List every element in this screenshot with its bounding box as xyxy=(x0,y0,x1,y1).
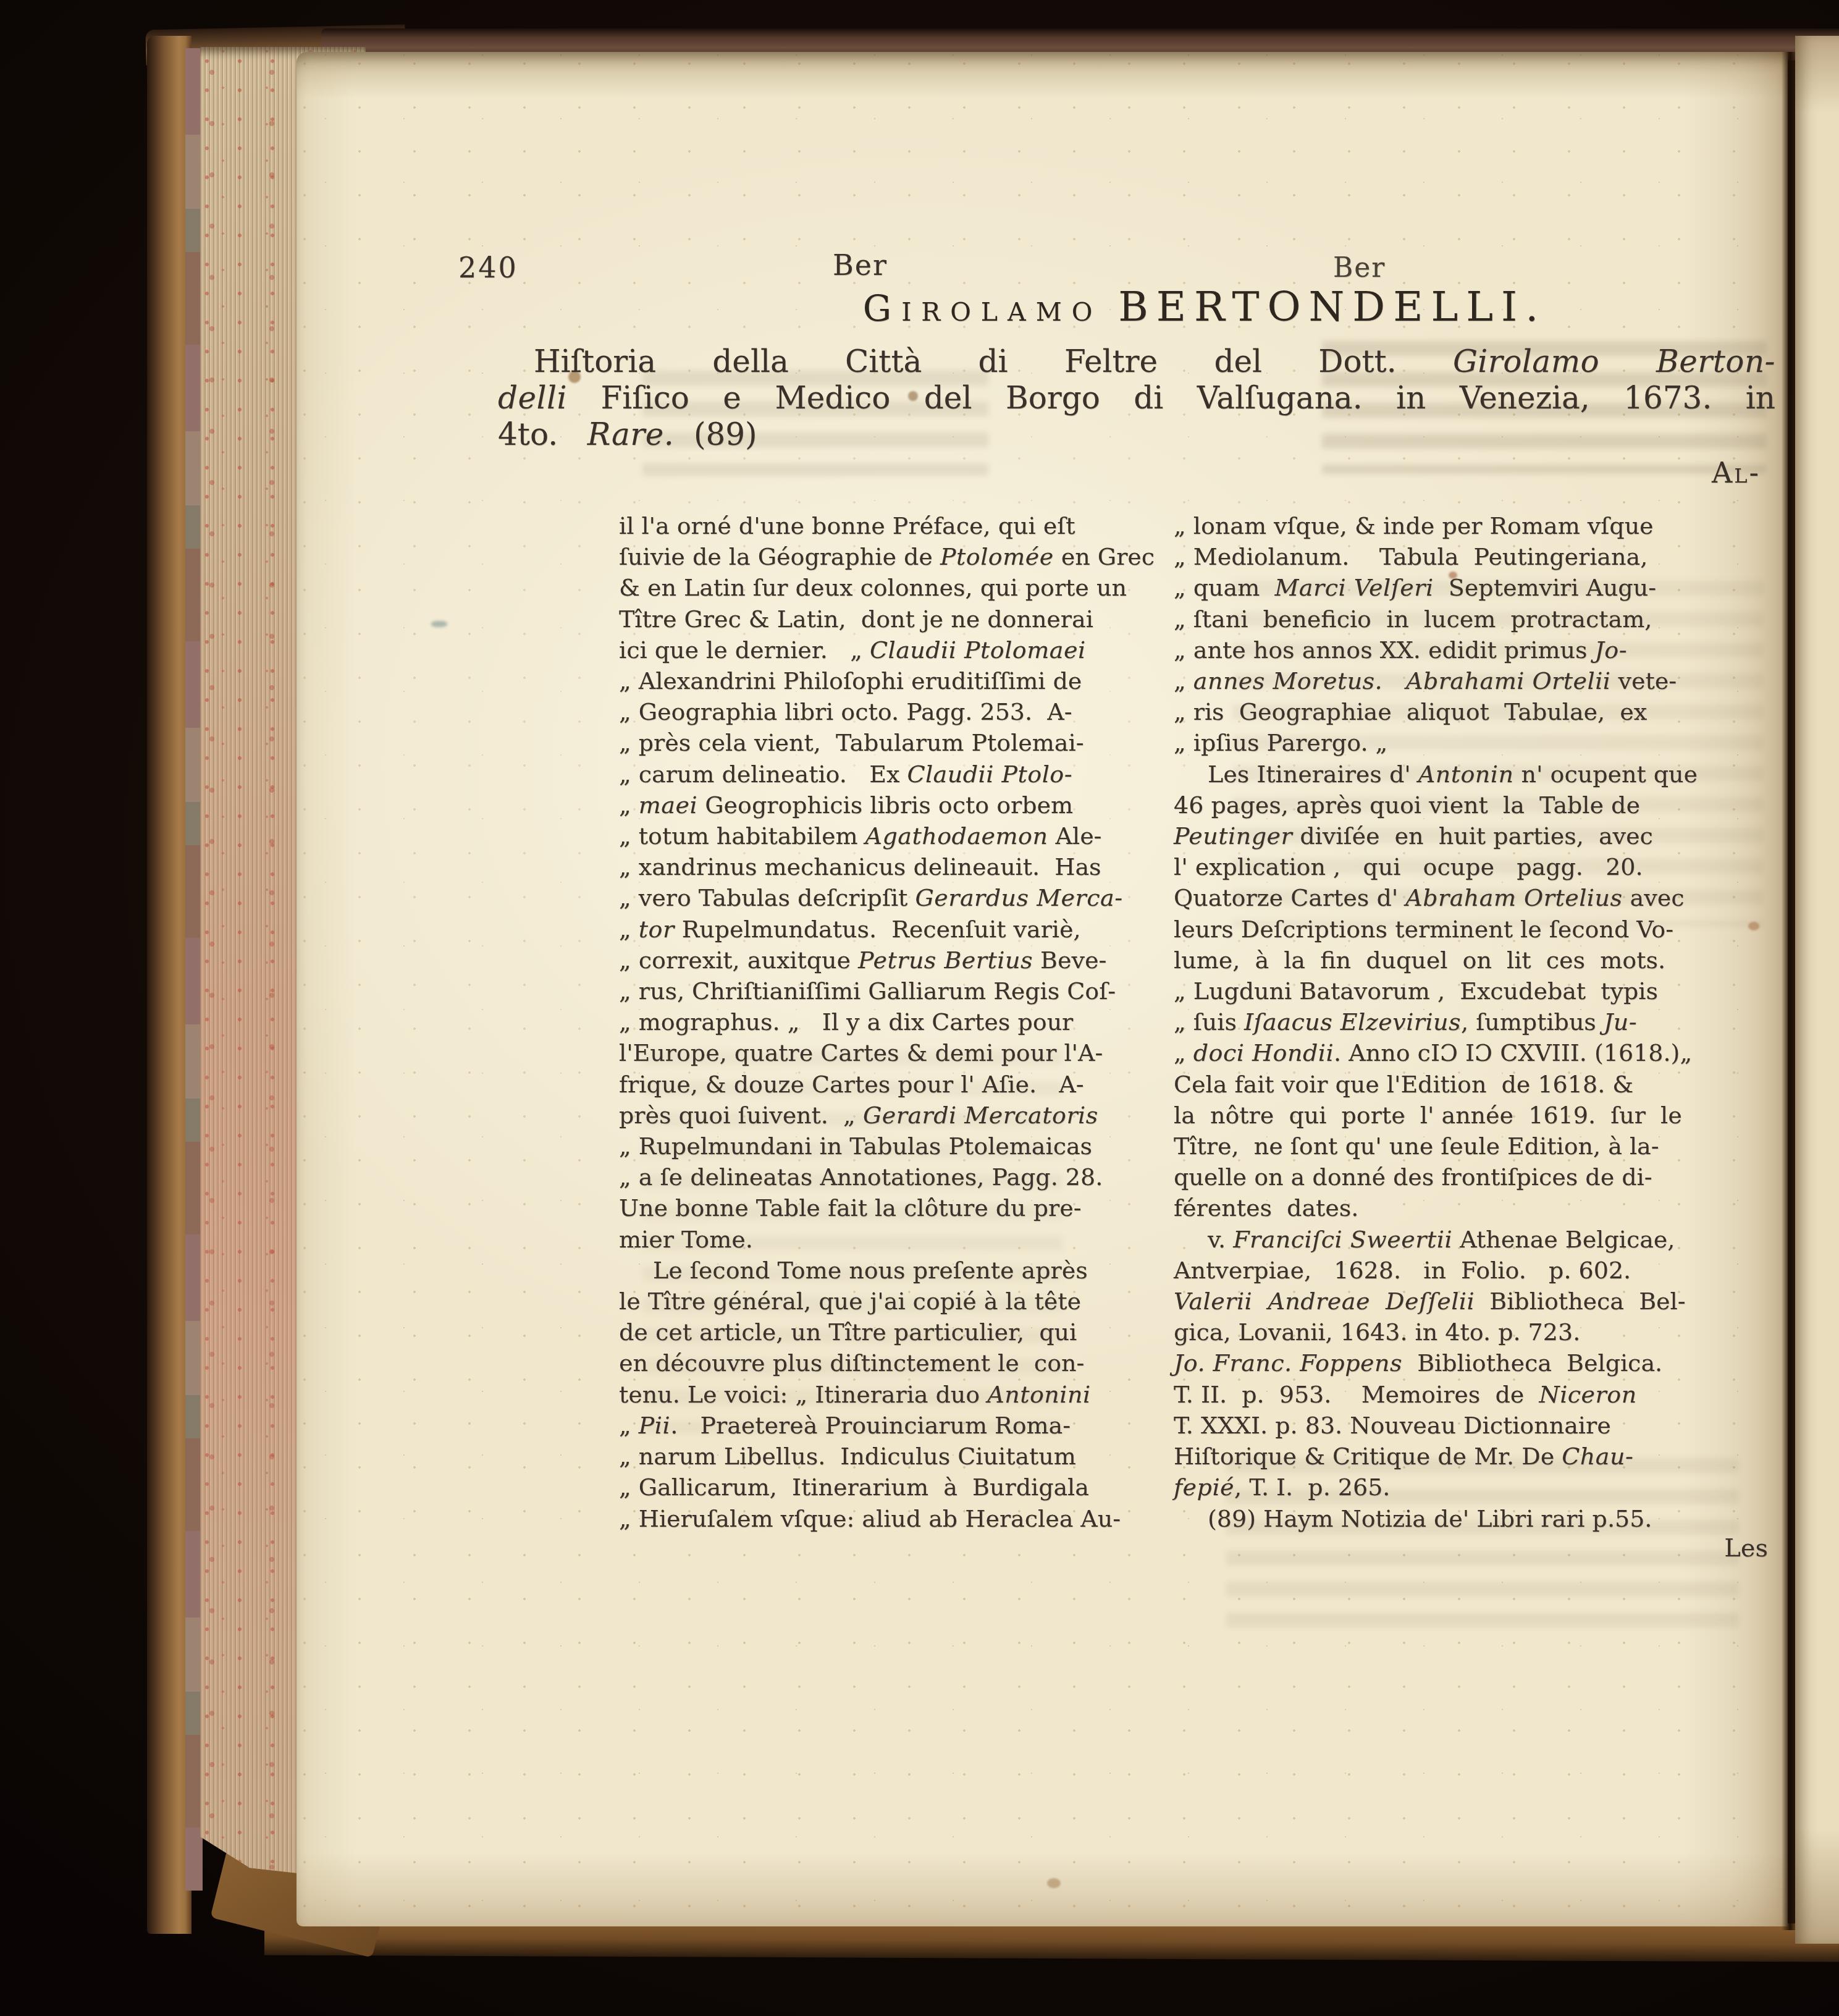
text-line: gica, Lovanii, 1643. in 4to. p. 723. xyxy=(1174,1317,1784,1348)
text-line: v. Franciſci Sweertii Athenae Belgicae, xyxy=(1174,1224,1784,1255)
text-line: „ correxit, auxitque Petrus Bertius Beve… xyxy=(619,945,1164,976)
text-line: „ ipſius Parergo. „ xyxy=(1174,727,1784,758)
text-line: 4to. Rare. (89) xyxy=(498,416,1775,453)
endpaper-marbled-strip xyxy=(185,48,203,1891)
text-line: Tître Grec & Latin, dont je ne donnerai xyxy=(619,604,1164,635)
text-line: „ ſuis Iſaacus Elzevirius, ſumptibus Ju- xyxy=(1174,1006,1784,1037)
text-line: „ ſtani beneficio in lucem protractam, xyxy=(1174,604,1784,635)
catchword-bottom: Les xyxy=(1174,1534,1768,1563)
text-line: (89) Haym Notizia de' Libri rari p.55. xyxy=(1174,1503,1784,1534)
paper-stain xyxy=(1047,1878,1061,1888)
text-line: „ ante hos annos XX. edidit primus Jo- xyxy=(1174,635,1784,665)
text-line: fepié, T. I. p. 265. xyxy=(1174,1472,1784,1503)
text-line: „ totum habitabilem Agathodaemon Ale- xyxy=(619,820,1164,851)
text-line: Le ſecond Tome nous preſente après xyxy=(619,1255,1164,1286)
text-line: de cet article, un Tître particulier, qu… xyxy=(619,1317,1164,1348)
text-line: en découvre plus diſtinctement le con- xyxy=(619,1348,1164,1378)
text-line: „ mographus. „ Il y a dix Cartes pour xyxy=(619,1006,1164,1037)
text-line: „ Gallicarum, Itinerarium à Burdigala xyxy=(619,1472,1164,1503)
text-line: tenu. Le voici: „ Itineraria duo Antonin… xyxy=(619,1379,1164,1410)
text-line: Peutinger diviſée en huit parties, avec xyxy=(1174,820,1784,851)
text-line: ſuivie de la Géographie de Ptolomée en G… xyxy=(619,541,1164,572)
text-line: ici que le dernier. „ Claudii Ptolomaei xyxy=(619,635,1164,665)
text-line: frique, & douze Cartes pour l' Aſie. A- xyxy=(619,1069,1164,1100)
text-line: „ carum delineatio. Ex Claudii Ptolo- xyxy=(619,759,1164,790)
text-line: „ vero Tabulas deſcripſit Gerardus Merca… xyxy=(619,882,1164,913)
text-line: „ xandrinus mechanicus delineauit. Has xyxy=(619,851,1164,882)
text-line: „ Alexandrini Philoſophi eruditiſſimi de xyxy=(619,665,1164,696)
book-photo-scene: 240 Ber Ber GirolamoBERTONDELLI. Hiſtori… xyxy=(0,0,1839,2016)
text-line: „ doci Hondii. Anno cIƆ IƆ CXVIII. (1618… xyxy=(1174,1037,1784,1068)
text-line: „ près cela vient, Tabularum Ptolemai- xyxy=(619,727,1164,758)
paper-stain xyxy=(431,621,447,627)
text-line: „ Pii. Praetereà Prouinciarum Roma- xyxy=(619,1410,1164,1441)
text-column-right: „ lonam vſque, & inde per Romam vſque„ M… xyxy=(1174,510,1784,1534)
text-line: il l'a orné d'une bonne Préface, qui eſt xyxy=(619,510,1164,541)
text-line: „ a ſe delineatas Annotationes, Pagg. 28… xyxy=(619,1162,1164,1192)
text-line: le Tître général, que j'ai copié à la tê… xyxy=(619,1286,1164,1317)
text-column-left: il l'a orné d'une bonne Préface, qui eſt… xyxy=(619,510,1164,1534)
text-line: „ Lugduni Batavorum , Excudebat typis xyxy=(1174,976,1784,1006)
text-line: T. XXXI. p. 83. Nouveau Dictionnaire xyxy=(1174,1410,1784,1441)
text-line: „ Rupelmundani in Tabulas Ptolemaicas xyxy=(619,1131,1164,1162)
text-line: leurs Deſcriptions terminent le ſecond V… xyxy=(1174,914,1784,945)
catchword-mid-page: Al- xyxy=(1513,456,1761,489)
text-line: l' explication , qui ocupe pagg. 20. xyxy=(1174,851,1784,882)
text-line: mier Tome. xyxy=(619,1224,1164,1255)
text-line: „ Hieruſalem vſque: aliud ab Heraclea Au… xyxy=(619,1503,1164,1534)
running-head-right: Ber xyxy=(1333,252,1386,284)
text-line: „ maei Geogrophicis libris octo orbem xyxy=(619,790,1164,820)
running-head-left: Ber xyxy=(833,248,888,282)
text-line: Cela fait voir que l'Edition de 1618. & xyxy=(1174,1069,1784,1100)
text-line: l'Europe, quatre Cartes & demi pour l'A- xyxy=(619,1037,1164,1068)
text-line: „ narum Libellus. Indiculus Ciuitatum xyxy=(619,1441,1164,1472)
text-line: férentes dates. xyxy=(1174,1192,1784,1223)
text-line: Hiſtorique & Critique de Mr. De Chau- xyxy=(1174,1441,1784,1472)
text-line: Antverpiae, 1628. in Folio. p. 602. xyxy=(1174,1255,1784,1286)
text-line: Valerii Andreae Deſſelii Bibliotheca Bel… xyxy=(1174,1286,1784,1317)
text-line: „ rus, Chriſtianiſſimi Galliarum Regis C… xyxy=(619,976,1164,1006)
text-line: près quoi ſuivent. „ Gerardi Mercatoris xyxy=(619,1100,1164,1131)
text-line: Quatorze Cartes d' Abraham Ortelius avec xyxy=(1174,882,1784,913)
article-title-paragraph: Hiſtoria della Città di Feltre del Dott.… xyxy=(498,344,1775,453)
text-line: Jo. Franc. Foppens Bibliotheca Belgica. xyxy=(1174,1348,1784,1378)
text-line: lume, à la fin duquel on lit ces mots. xyxy=(1174,945,1784,976)
text-line: Les Itineraires d' Antonin n' ocupent qu… xyxy=(1174,759,1784,790)
text-line: „ tor Rupelmundatus. Recenſuit variè, xyxy=(619,914,1164,945)
text-line: „ quam Marci Velſeri Septemviri Augu- xyxy=(1174,572,1784,603)
next-page-edge xyxy=(1795,36,1839,1944)
text-line: quelle on a donné des frontiſpices de di… xyxy=(1174,1162,1784,1192)
text-line: „ Mediolanum. Tabula Peutingeriana, xyxy=(1174,541,1784,572)
text-line: Hiſtoria della Città di Feltre del Dott.… xyxy=(498,344,1775,380)
text-line: delli Fiſico e Medico del Borgo di Valſu… xyxy=(498,380,1775,416)
text-line: 46 pages, après quoi vient la Table de xyxy=(1174,790,1784,820)
text-line: „ lonam vſque, & inde per Romam vſque xyxy=(1174,510,1784,541)
text-line: Une bonne Table fait la clôture du pre- xyxy=(619,1192,1164,1223)
article-heading: GirolamoBERTONDELLI. xyxy=(618,283,1791,331)
author-surname: BERTONDELLI. xyxy=(1118,283,1546,331)
text-line: „ annes Moretus. Abrahami Ortelii vete- xyxy=(1174,665,1784,696)
page-number: 240 xyxy=(458,251,518,284)
text-line: & en Latin ſur deux colonnes, qui porte … xyxy=(619,572,1164,603)
text-line: „ Geographia libri octo. Pagg. 253. A- xyxy=(619,696,1164,727)
text-line: T. II. p. 953. Memoires de Niceron xyxy=(1174,1379,1784,1410)
text-line: „ ris Geographiae aliquot Tabulae, ex xyxy=(1174,696,1784,727)
text-line: Tître, ne ſont qu' une ſeule Edition, à … xyxy=(1174,1131,1784,1162)
text-line: la nôtre qui porte l' année 1619. ſur le xyxy=(1174,1100,1784,1131)
author-first-name: Girolamo xyxy=(863,287,1102,329)
